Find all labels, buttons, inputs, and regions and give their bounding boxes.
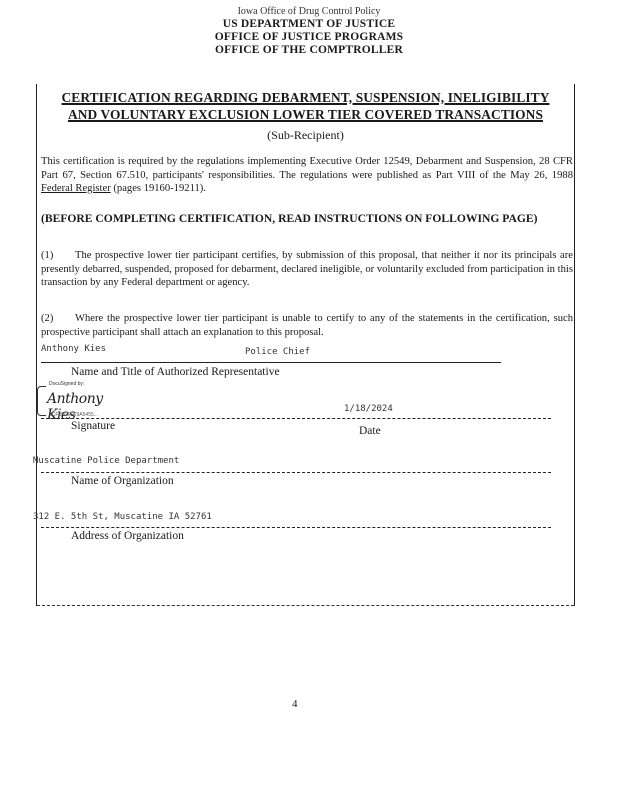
federal-register-reference: Federal Register xyxy=(41,183,111,194)
signature-date-line xyxy=(41,418,551,419)
document-header: Iowa Office of Drug Control Policy US DE… xyxy=(0,6,618,57)
clause-text: The prospective lower tier participant c… xyxy=(41,250,573,288)
clause-number: (1) xyxy=(41,249,75,263)
docusign-signature[interactable]: DocuSigned by: Anthony Kies 3CF0F6E6E9A5… xyxy=(37,381,127,421)
intro-paragraph: This certification is required by the re… xyxy=(41,155,573,196)
instruction-note: (BEFORE COMPLETING CERTIFICATION, READ I… xyxy=(41,212,573,226)
form-bottom-border xyxy=(37,605,574,606)
representative-title-value[interactable]: Police Chief xyxy=(245,347,310,357)
organization-address-value[interactable]: 312 E. 5th St, Muscatine IA 52761 xyxy=(33,512,212,522)
representative-label: Name and Title of Authorized Representat… xyxy=(71,366,280,378)
organization-name-label: Name of Organization xyxy=(71,475,174,487)
signature-bracket xyxy=(37,386,46,416)
form-title-line-2: AND VOLUNTARY EXCLUSION LOWER TIER COVER… xyxy=(68,107,543,122)
agency-name: Iowa Office of Drug Control Policy xyxy=(0,6,618,18)
form-subtitle: (Sub-Recipient) xyxy=(37,128,574,143)
certification-form: CERTIFICATION REGARDING DEBARMENT, SUSPE… xyxy=(36,84,575,606)
form-title: CERTIFICATION REGARDING DEBARMENT, SUSPE… xyxy=(37,89,574,123)
clause-1: (1)The prospective lower tier participan… xyxy=(41,249,573,290)
clause-number: (2) xyxy=(41,312,75,326)
date-value[interactable]: 1/18/2024 xyxy=(344,404,393,414)
signature-label: Signature xyxy=(71,420,115,432)
comptroller-line: OFFICE OF THE COMPTROLLER xyxy=(0,44,618,57)
intro-text-end: (pages 19160-19211). xyxy=(111,183,206,194)
page-number: 4 xyxy=(292,698,298,710)
date-label: Date xyxy=(359,425,381,437)
organization-address-label: Address of Organization xyxy=(71,530,184,542)
department-line: US DEPARTMENT OF JUSTICE xyxy=(0,18,618,31)
representative-name-value[interactable]: Anthony Kies xyxy=(41,344,106,354)
organization-name-line xyxy=(41,472,551,473)
office-line: OFFICE OF JUSTICE PROGRAMS xyxy=(0,31,618,44)
organization-address-line xyxy=(41,527,551,528)
form-title-line-1: CERTIFICATION REGARDING DEBARMENT, SUSPE… xyxy=(62,90,550,105)
intro-text: This certification is required by the re… xyxy=(41,156,573,181)
signature-caption: DocuSigned by: xyxy=(49,381,84,387)
representative-line xyxy=(41,362,501,363)
clause-2: (2)Where the prospective lower tier part… xyxy=(41,312,573,339)
organization-name-value[interactable]: Muscatine Police Department xyxy=(33,456,179,466)
clause-text: Where the prospective lower tier partici… xyxy=(41,313,573,338)
